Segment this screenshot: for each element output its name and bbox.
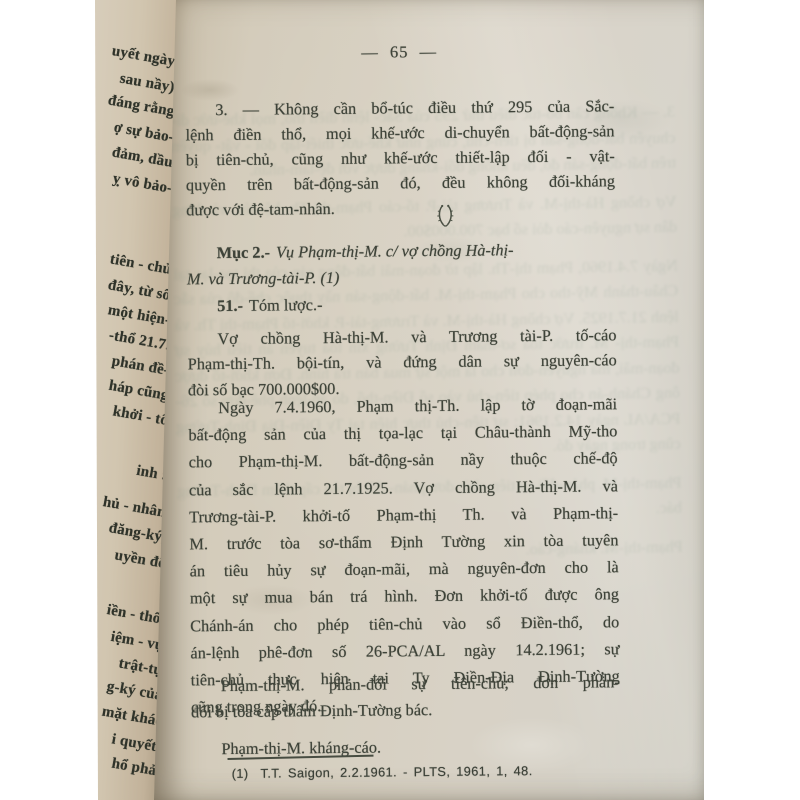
summary-section: 51.-Tóm lược.-	[187, 295, 322, 316]
body-text-line: Chánh-án cho phép tiên-chủ vào sổ Điền-t…	[190, 608, 619, 639]
heading-case-title-line1: Vụ Phạm-thị-M. c/ vợ chồng Hà-thị-	[276, 240, 514, 261]
heading-label: Mục 2.-	[217, 243, 271, 263]
left-page-text-fragment: đáng rằng	[106, 92, 175, 120]
body-text-line: Phạm-thị-Th. bội-tín, và đứng dân sự ngu…	[188, 348, 617, 377]
left-page-text-fragment: đảm, dầu	[111, 144, 175, 171]
left-page-text-fragment: khởi - tố	[111, 403, 169, 429]
footnote: (1)T.T. Saigon, 2.2.1961. - PLTS, 1961, …	[232, 762, 632, 781]
left-page-text-fragment: phán đề-	[110, 353, 170, 380]
body-text-line: Phạm-thị-M. phản-đối sự tiên-chủ; đơn ph…	[191, 669, 620, 699]
summary-section-number: 51.-	[217, 296, 243, 315]
left-page-text-fragment: sau nầy)	[118, 71, 175, 97]
left-page-text-fragment: hủ - nhân	[102, 494, 168, 522]
section-heading: Mục 2.-Vụ Phạm-thị-M. c/ vợ chồng Hà-thị…	[187, 236, 616, 291]
body-text-line: một sự mua bán trá hình. Đơn khởi-tố đượ…	[190, 581, 619, 612]
body-text-line: Trương-tài-P. khởi-tố Phạm-thị Th. và Ph…	[189, 499, 618, 530]
body-text-line: của sắc lệnh 21.7.1925. Vợ chồng Hà-thị-…	[189, 472, 618, 503]
left-page-text-fragment: mặt khác	[100, 704, 163, 731]
left-page-text-fragment: uyền để	[113, 547, 166, 573]
left-page-text-fragment: đây, từ số	[107, 277, 172, 305]
body-text-line: Ngày 7.4.1960, Phạm thị-Th. lập tờ đoạn-…	[188, 390, 617, 421]
left-page-text-fragment: ỵ vô bảo-	[112, 171, 174, 198]
summary-section-title: Tóm lược.-	[249, 295, 323, 315]
left-page-text-fragment: uyết ngày	[111, 43, 177, 71]
footnote-text: T.T. Saigon, 2.2.1961. - PLTS, 1961, 1, …	[260, 763, 532, 781]
body-text-line: án-lệnh phê-đơn số 26-PCA/AL ngày 14.2.1…	[190, 635, 619, 666]
body-text-line: án tiêu hủy sự đoạn-mãi, mà nguyên-đơn c…	[190, 553, 619, 584]
left-page-text-fragment: i quyết-	[110, 731, 163, 756]
left-page-text-fragment: -thổ 21.7.	[107, 327, 171, 354]
footnote-marker: (1)	[232, 766, 249, 781]
paragraph: 3. — Không cần bổ-túc điều thứ 295 của S…	[185, 93, 615, 222]
left-page-text-fragment: iền - thổ,	[105, 602, 165, 629]
body-text-line: được với đệ-tam-nhân.	[186, 193, 615, 222]
body-text-line: quyền trên bất-động-sản đó, đều không đố…	[186, 168, 615, 197]
left-page-text-fragment: một hiện-	[106, 302, 171, 330]
body-text-line: bất-động sản của thị tọa-lạc tại Châu-th…	[188, 417, 617, 448]
body-text-line: đối bị tòa cấp thẩm Định-Tường bác.	[191, 695, 620, 725]
paragraph: Phạm-thị-M. phản-đối sự tiên-chủ; đơn ph…	[191, 669, 620, 725]
page-number: — 65 —	[185, 40, 614, 64]
main-book-page: 3. — Không cần bổ-túc điều thứ 295 của S…	[152, 0, 704, 800]
left-page-text-fragment: ợ sự bảo-	[112, 120, 175, 147]
left-page-text-fragment: tiên - chủ	[108, 251, 172, 279]
left-page-text-fragment: háp cũng	[107, 378, 169, 405]
left-page-text-fragment: đăng-ký,	[107, 520, 167, 547]
left-page-text-fragment: g-ký của	[105, 678, 163, 704]
left-page-text-fragment: hổ phải	[111, 756, 163, 781]
printed-text-layer: — 65 — 3. — Không cần bổ-túc điều thứ 29…	[184, 0, 621, 800]
photo-of-book-page: { "colors": { "paper": "#d6cfc0", "paper…	[0, 0, 800, 800]
left-page-text-fragment: iệm - vụ	[109, 629, 164, 655]
body-text-line: M. trước tòa sơ-thẩm Định Tường xin tòa …	[189, 526, 618, 557]
left-page-text-fragment: trật-tự	[117, 655, 164, 679]
heading-case-title-line2: M. và Trương-tài-P. (1)	[187, 262, 616, 292]
wreath-ornament-icon	[435, 203, 455, 234]
body-text-line: cho Phạm-thị-M. bất-động-sản nầy thuộc c…	[189, 445, 618, 476]
